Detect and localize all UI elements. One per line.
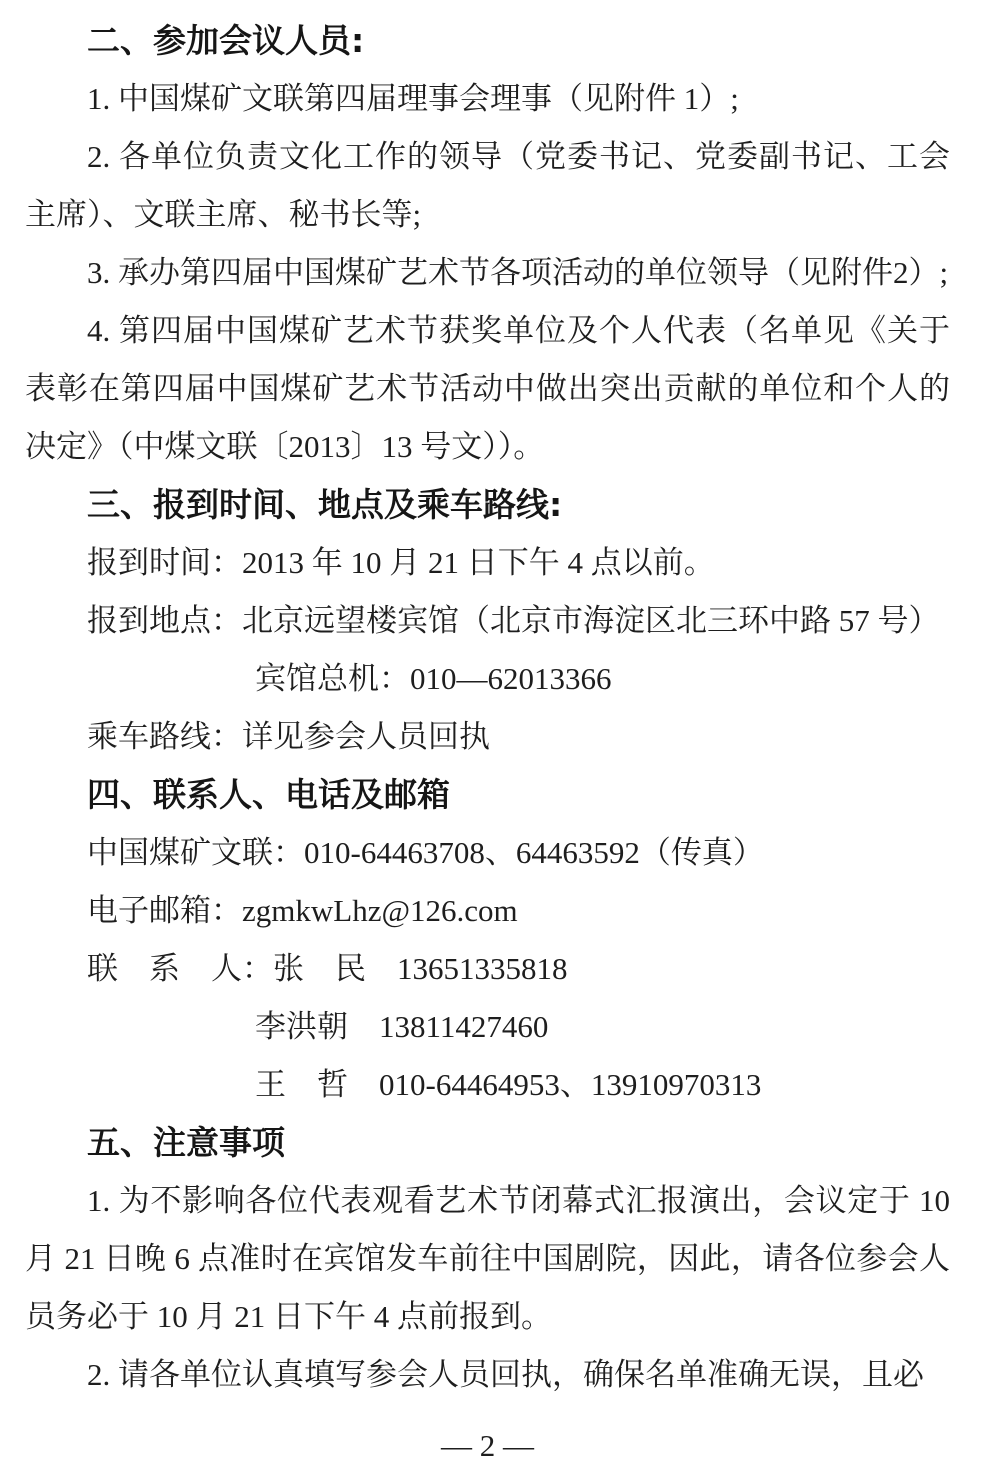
paragraph-note-1: 1. 为不影响各位代表观看艺术节闭幕式汇报演出，会议定于 10 月 21 日晚 … [25, 1172, 950, 1346]
paragraph-registration-time: 报到时间：2013 年 10 月 21 日下午 4 点以前。 [25, 534, 950, 592]
paragraph-attendees-4: 4. 第四届中国煤矿艺术节获奖单位及个人代表（名单见《关于表彰在第四届中国煤矿艺… [25, 302, 950, 476]
document-page: 二、参加会议人员: 1. 中国煤矿文联第四届理事会理事（见附件 1）; 2. 各… [0, 0, 1000, 1471]
paragraph-contact-wangzhe: 王 哲 010-64464953、13910970313 [25, 1056, 950, 1114]
section-heading-contacts: 四、联系人、电话及邮箱 [25, 766, 950, 824]
section-heading-attendees: 二、参加会议人员: [25, 12, 950, 70]
paragraph-registration-place: 报到地点：北京远望楼宾馆（北京市海淀区北三环中路 57 号） [25, 592, 950, 650]
paragraph-attendees-1: 1. 中国煤矿文联第四届理事会理事（见附件 1）; [25, 70, 950, 128]
paragraph-email: 电子邮箱：zgmkwLhz@126.com [25, 882, 950, 940]
paragraph-note-2: 2. 请各单位认真填写参会人员回执，确保名单准确无误，且必 [25, 1346, 950, 1404]
paragraph-attendees-3: 3. 承办第四届中国煤矿艺术节各项活动的单位领导（见附件2）; [25, 244, 950, 302]
paragraph-bus-route: 乘车路线：详见参会人员回执 [25, 708, 950, 766]
section-heading-registration: 三、报到时间、地点及乘车路线: [25, 476, 950, 534]
section-heading-notes: 五、注意事项 [25, 1114, 950, 1172]
paragraph-federation-phone: 中国煤矿文联：010-64463708、64463592（传真） [25, 824, 950, 882]
paragraph-hotel-phone: 宾馆总机：010—62013366 [25, 650, 950, 708]
paragraph-contact-zhangmin: 联 系 人：张 民 13651335818 [25, 940, 950, 998]
page-number: — 2 — [25, 1424, 950, 1468]
paragraph-attendees-2: 2. 各单位负责文化工作的领导（党委书记、党委副书记、工会主席）、文联主席、秘书… [25, 128, 950, 244]
paragraph-contact-lihongchao: 李洪朝 13811427460 [25, 998, 950, 1056]
